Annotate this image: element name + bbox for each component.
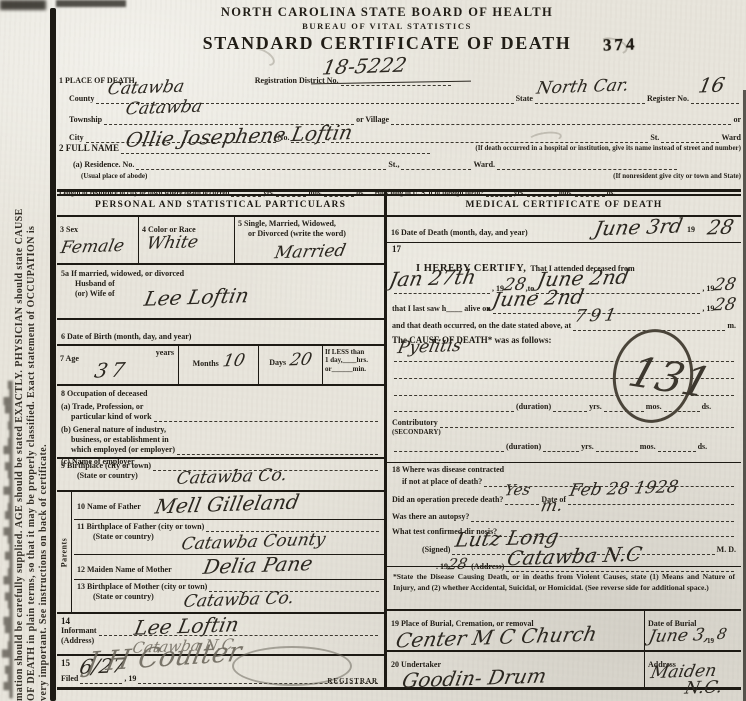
days-label: Days (269, 358, 286, 367)
mother-name-label: 12 Maiden Name of Mother (77, 565, 172, 574)
md-label: M. D. (717, 545, 736, 555)
nonresident-note: (If nonresident give city or town and St… (613, 172, 741, 180)
burial-place-cell: 19 Place of Burial, Cremation, or remova… (387, 611, 644, 650)
undertaker-row: 20 Undertaker Goodin- Drum Address Maide… (387, 652, 741, 687)
mother-name-row: 12 Maiden Name of Mother Delia Pane (74, 555, 384, 580)
margin-line-2: mation should be carefully supplied. AGE… (14, 1, 26, 701)
board-title: NORTH CAROLINA STATE BOARD OF HEALTH (57, 5, 717, 20)
days-value: 20 (288, 352, 313, 370)
personal-column: PERSONAL AND STATISTICAL PARTICULARS 3 S… (57, 192, 386, 687)
spouse-label-1: 5a If married, widowed, or divorced (61, 269, 380, 279)
question-18-block: 18 Where was disease contracted if not a… (387, 463, 741, 567)
mother-birthplace-row: 13 Birthplace of Mother (city or town) (… (74, 580, 384, 612)
cause-of-death-value: Pyelitis (396, 338, 463, 357)
certify-block: 17 I HEREBY CERTIFY, That I attended dec… (387, 243, 741, 463)
operation-label: Did an operation precede death? (392, 495, 503, 505)
county-value: Catawba (106, 79, 186, 99)
occupation-row: 8 Occupation of deceased (a) Trade, Prof… (57, 386, 384, 459)
mos-label: mos. (640, 442, 656, 452)
occupation-b2: business, or establishment in (61, 435, 380, 445)
certificate-number-stamp: 374 (602, 34, 637, 55)
illegible-margin-line: ▂▆▃▅▂▇▃▂▅▆▂▃▅▂▆▃▂▅▂▃▆▂▅▃▂▆▂▃▅▂▆▃▂▃▂▅▆▂▃ (2, 1, 14, 701)
color-race-value: White (145, 234, 199, 253)
state-label: State (516, 94, 533, 104)
mother-birthplace-label: 13 Birthplace of Mother (city or town) (77, 582, 207, 592)
signed-label: (Signed) (422, 545, 450, 555)
yrs-label: yrs. (581, 442, 594, 452)
personal-column-header: PERSONAL AND STATISTICAL PARTICULARS (57, 194, 384, 217)
sex-value: Female (59, 238, 125, 257)
less-than-day-cell: If LESS than 1 day,____hrs. or______min. (323, 346, 384, 384)
registrar-label: REGISTRAR (327, 677, 378, 685)
birthplace-row: 9 Birthplace (city or town) (State or co… (57, 459, 384, 492)
operation-value: Yes (504, 483, 532, 499)
occupation-a2: particular kind of work (61, 412, 152, 422)
years-label: years (156, 348, 174, 358)
abode-note: (Usual place of abode) (81, 172, 147, 180)
cause-footnote: *State the Disease Causing Death, or in … (387, 567, 741, 611)
months-label: Months (193, 359, 219, 368)
sex-color-marital-row: 3 Sex Female 4 Color or Race White 5 Sin… (57, 217, 384, 265)
months-value: 10 (221, 353, 246, 371)
margin-line-4: very important. See instructions on back… (38, 1, 50, 701)
printed-19: 19 (707, 637, 714, 645)
informant-label: Informant (61, 626, 97, 636)
occupation-b3: which employed (or employer) (61, 445, 175, 455)
medical-column-header: MEDICAL CERTIFICATE OF DEATH (387, 194, 741, 217)
undertaker-address-cell: Address Maiden N.C. (644, 652, 741, 687)
filed-label: Filed (61, 674, 78, 684)
register-no-value: 16 (697, 75, 727, 96)
undertaker-address-value-2: N.C. (683, 679, 724, 697)
or-label: or (733, 115, 741, 125)
father-name-value: Mell Gilleland (154, 492, 301, 517)
physician-address-value: Catawba N.C (506, 544, 644, 569)
medical-column: MEDICAL CERTIFICATE OF DEATH 16 Date of … (386, 192, 741, 687)
less-label-3: or______min. (325, 365, 382, 373)
operation-date-value: Feb 28 1928 (568, 479, 680, 500)
less-label-1: If LESS than (325, 348, 382, 356)
form-header: NORTH CAROLINA STATE BOARD OF HEALTH BUR… (57, 5, 717, 54)
spouse-value: Lee Loftin (143, 285, 251, 309)
age-label: 7 Age (60, 354, 79, 363)
informant-value: Lee Loftin (133, 614, 241, 638)
secondary-label: (SECONDARY) (392, 428, 736, 436)
date-of-death-row: 16 Date of Death (month, day, and year) … (387, 217, 741, 243)
parents-block: Parents 10 Name of Father Mell Gilleland… (57, 492, 384, 614)
full-name-label: 2 FULL NAME (59, 143, 119, 154)
color-race-cell: 4 Color or Race White (139, 217, 235, 263)
residence-label: (a) Residence. No. (73, 160, 134, 170)
date-of-death-year: 28 (705, 217, 735, 238)
yrs-label: yrs. (589, 402, 602, 412)
duration-label: (duration) (516, 402, 551, 412)
disease-contracted-label-2: if not at place of death? (392, 477, 482, 487)
marital-cell: 5 Single, Married, Widowed, or Divorced … (235, 217, 384, 263)
marital-label-1: 5 Single, Married, Widowed, (238, 219, 381, 229)
father-birthplace-label: 11 Birthplace of Father (city or town) (77, 522, 204, 532)
registration-district-value: 18-5222 (320, 55, 408, 78)
signed-year-value: 28 (446, 557, 468, 573)
mother-birthplace-value: Catawba Co. (182, 590, 296, 611)
undertaker-cell: 20 Undertaker Goodin- Drum (387, 652, 644, 687)
date-of-birth-row: 6 Date of Birth (month, day, and year) (57, 320, 384, 346)
age-years-cell: 7 Age years 37 (57, 346, 179, 384)
birthplace-label: 9 Birthplace (city or town) (61, 461, 151, 471)
burial-row: 19 Place of Burial, Cremation, or remova… (387, 611, 741, 652)
township-value: Catawba (124, 99, 204, 119)
burial-date-cell: Date of Burial June 3, 19 8 (644, 611, 741, 650)
age-row: 7 Age years 37 Months 10 Days 20 If LESS… (57, 346, 384, 386)
father-name-row: 10 Name of Father Mell Gilleland (74, 492, 384, 520)
burial-date-extra: 8 (715, 627, 728, 642)
residence-ward-label: Ward. (473, 160, 495, 170)
father-birthplace-value: Catawba County (180, 532, 327, 554)
or-village-label: or Village (356, 115, 389, 125)
occupation-label: 8 Occupation of deceased (61, 389, 380, 399)
date-of-death-label: 16 Date of Death (month, day, and year) (391, 228, 528, 237)
occupation-a1: (a) Trade, Profession, or (61, 402, 380, 412)
contributory-label: Contributory (392, 418, 438, 428)
residence-st-label: St., (388, 160, 399, 170)
death-time-value: 791 (573, 307, 621, 326)
spouse-row: 5a If married, widowed, or divorced Husb… (57, 265, 384, 320)
margin-line-3: OF DEATH in plain terms, so that it may … (26, 1, 38, 701)
m-label: m. (727, 321, 736, 331)
certificate-form: NORTH CAROLINA STATE BOARD OF HEALTH BUR… (57, 0, 743, 701)
last-saw-label: that I last saw h____ alive on (392, 304, 491, 314)
attended-from-value: Jan 27th (388, 267, 478, 290)
age-days-cell: Days 20 (259, 346, 323, 384)
mother-name-value: Delia Pane (202, 553, 315, 577)
main-table: PERSONAL AND STATISTICAL PARTICULARS 3 S… (57, 189, 741, 690)
date-of-death-value: June 3rd (593, 215, 685, 238)
birthplace-value: Catawba Co. (175, 467, 289, 488)
death-certificate-scan: ▂▆▃▅▂▇▃▂▅▆▂▃▅▂▆▃▂▅▂▃▆▂▅▃▂▆▂▃▅▂▆▃▂▃▂▅▆▂▃ … (0, 0, 746, 701)
left-heavy-rule (50, 8, 56, 701)
printed-19: 19 (687, 225, 695, 235)
state-value: North Car. (535, 77, 630, 97)
marital-label-2: or Divorced (write the word) (238, 229, 381, 239)
father-name-label: 10 Name of Father (77, 502, 141, 511)
duration-label: (duration) (506, 442, 541, 452)
last-saw-value: June 2nd (490, 286, 585, 309)
autopsy-value: m. (540, 498, 565, 516)
margin-instructions: ▂▆▃▅▂▇▃▂▅▆▂▃▅▂▆▃▂▅▂▃▆▂▅▃▂▆▂▃▅▂▆▃▂▃▂▅▆▂▃ … (2, 1, 50, 701)
ds-label: ds. (698, 442, 708, 452)
township-label: Township (69, 115, 102, 125)
burial-place-value: Center M C Church (394, 624, 598, 651)
less-label-2: 1 day,____hrs. (325, 356, 382, 364)
sex-label: 3 Sex (60, 225, 78, 234)
sex-cell: 3 Sex Female (57, 217, 139, 263)
death-occurred-label: and that death occurred, on the date sta… (392, 321, 571, 331)
father-birthplace-row: 11 Birthplace of Father (city or town) (… (74, 520, 384, 555)
autopsy-label: Was there an autopsy? (392, 512, 469, 522)
filed-row: 15 Filed 6/27 , 19 J H Coulter REGISTRAR (57, 656, 384, 687)
register-no-label: Register No. (647, 94, 689, 104)
full-name-value: Ollie Josephene Loftin (124, 122, 354, 150)
age-months-cell: Months 10 (179, 346, 259, 384)
marital-value: Married (273, 243, 347, 262)
undertaker-value: Goodin- Drum (401, 666, 549, 691)
occupation-b1: (b) General nature of industry, (61, 425, 380, 435)
date-of-birth-label: 6 Date of Birth (month, day, and year) (61, 332, 191, 341)
disease-contracted-label-1: 18 Where was disease contracted (392, 465, 736, 475)
attended-to-year: 28 (713, 277, 738, 295)
age-value: 37 (93, 359, 131, 380)
parents-strip: Parents (57, 492, 72, 612)
burial-date-value: June 3, (647, 627, 711, 646)
parents-label: Parents (60, 537, 69, 567)
last-saw-year: 28 (713, 297, 738, 315)
scan-blot-top-left (0, 0, 46, 10)
county-label: County (69, 94, 94, 104)
item-17-number: 17 (392, 244, 736, 254)
bureau-subtitle: BUREAU OF VITAL STATISTICS (57, 21, 717, 31)
